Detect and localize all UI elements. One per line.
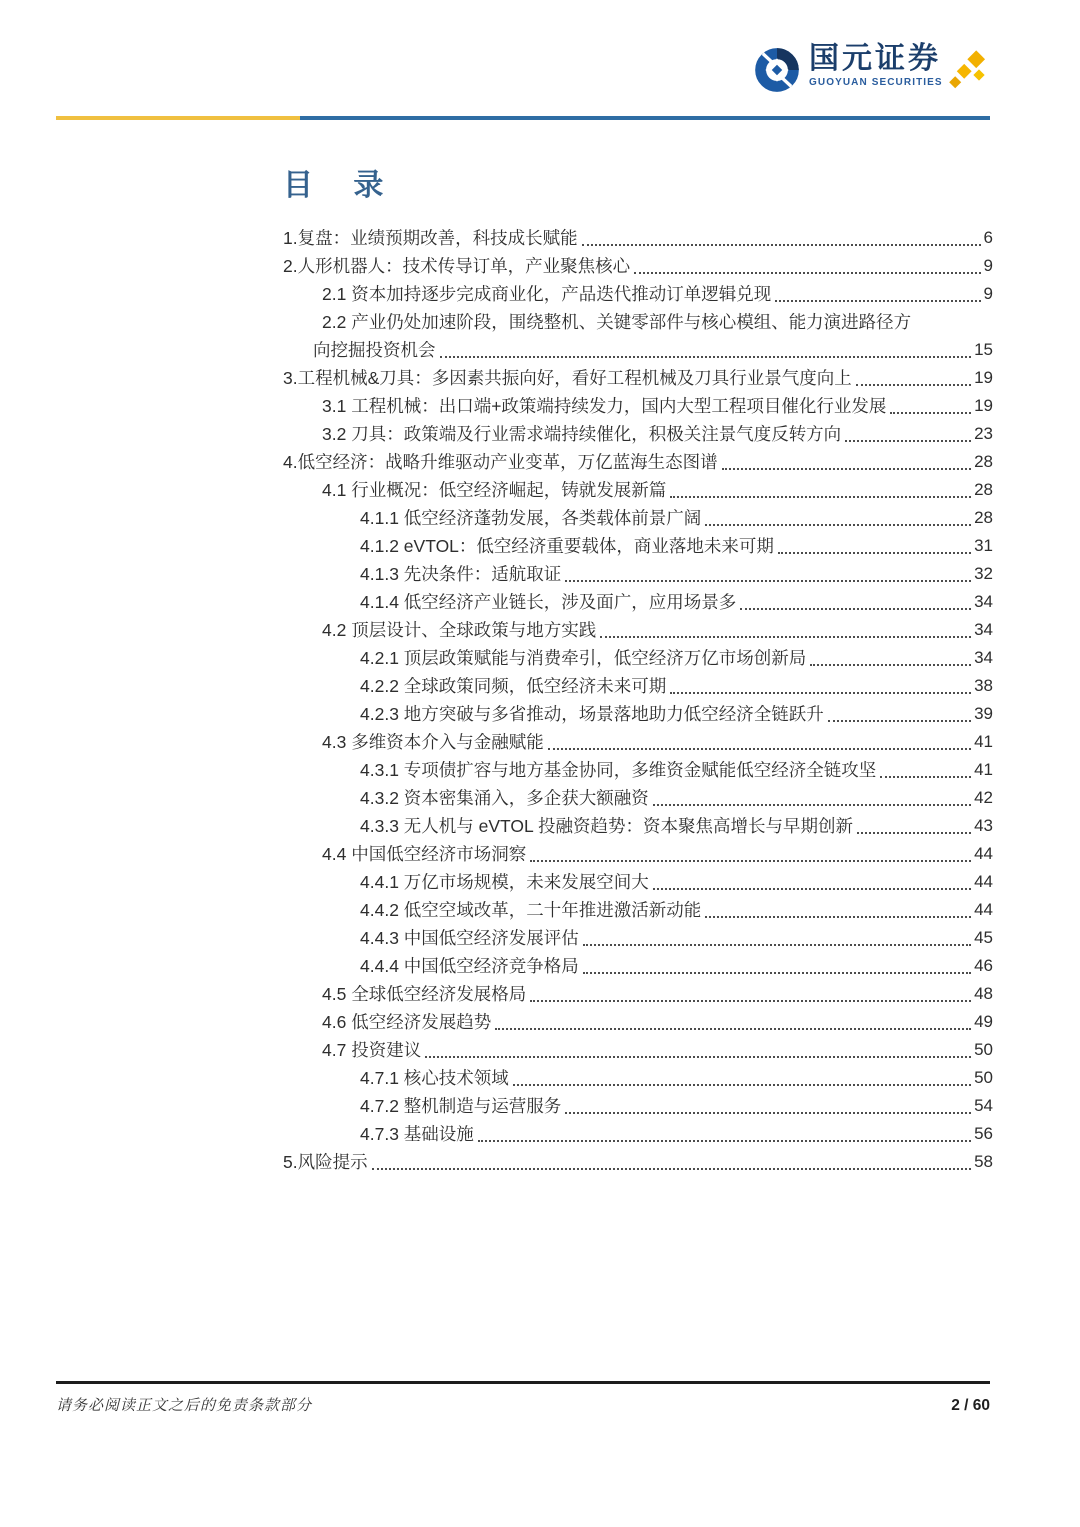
- toc-entry[interactable]: 4.4.1 万亿市场规模，未来发展空间大44: [283, 868, 993, 896]
- toc-entry-text: 3.1 工程机械：出口端+政策端持续发力，国内大型工程项目催化行业发展: [322, 392, 886, 420]
- brand-emblem-icon: [753, 46, 801, 94]
- toc-entry[interactable]: 4.3.2 资本密集涌入，多企获大额融资42: [283, 784, 993, 812]
- toc-entry-text: 4.7.1 核心技术领域: [360, 1064, 509, 1092]
- toc-entry-text: 4.2.2 全球政策同频，低空经济未来可期: [360, 672, 666, 700]
- toc-entry-text: 5.风险提示: [283, 1148, 368, 1176]
- toc-entry[interactable]: 4.7 投资建议50: [283, 1036, 993, 1064]
- toc-page-number: 54: [974, 1092, 993, 1120]
- toc-page-number: 31: [974, 532, 993, 560]
- brand-name-en: GUOYUAN SECURITIES: [809, 77, 943, 88]
- toc-dot-leader: [583, 944, 971, 946]
- toc-dot-leader: [670, 692, 971, 694]
- toc-entry-text: 1.复盘：业绩预期改善，科技成长赋能: [283, 224, 578, 252]
- toc-dot-leader: [653, 804, 971, 806]
- toc-entry-text: 2.人形机器人：技术传导订单，产业聚焦核心: [283, 252, 630, 280]
- toc-page-number: 48: [974, 980, 993, 1008]
- toc-dot-leader: [810, 664, 971, 666]
- toc-page-number: 50: [974, 1036, 993, 1064]
- toc-entry[interactable]: 3.1 工程机械：出口端+政策端持续发力，国内大型工程项目催化行业发展19: [283, 392, 993, 420]
- toc-dot-leader: [425, 1056, 971, 1058]
- toc-page-number: 9: [984, 280, 993, 308]
- header-rule-yellow-segment: [56, 116, 300, 120]
- toc-entry[interactable]: 4.7.2 整机制造与运营服务54: [283, 1092, 993, 1120]
- brand-name-cn: 国元证券: [809, 42, 943, 75]
- toc-entry-text: 4.4.3 中国低空经济发展评估: [360, 924, 579, 952]
- toc-dot-leader: [890, 412, 971, 414]
- toc-entry-text: 2.2 产业仍处加速阶段，围绕整机、关键零部件与核心模组、能力演进路径方: [322, 308, 911, 336]
- toc-entry[interactable]: 1.复盘：业绩预期改善，科技成长赋能6: [283, 224, 993, 252]
- toc-page-number: 49: [974, 1008, 993, 1036]
- toc-entry-text: 4.7.2 整机制造与运营服务: [360, 1092, 561, 1120]
- table-of-contents: 目 录 1.复盘：业绩预期改善，科技成长赋能62.人形机器人：技术传导订单，产业…: [283, 160, 993, 1176]
- toc-entry-text: 4.7.3 基础设施: [360, 1120, 474, 1148]
- toc-entry-text: 3.工程机械&刀具：多因素共振向好，看好工程机械及刀具行业景气度向上: [283, 364, 852, 392]
- toc-entry[interactable]: 4.1.3 先决条件：适航取证32: [283, 560, 993, 588]
- toc-entry-text: 4.5 全球低空经济发展格局: [322, 980, 526, 1008]
- toc-entry-line2[interactable]: 向挖掘投资机会15: [283, 336, 993, 364]
- toc-entry-text: 4.低空经济：战略升维驱动产业变革，万亿蓝海生态图谱: [283, 448, 718, 476]
- toc-entry[interactable]: 4.2.2 全球政策同频，低空经济未来可期38: [283, 672, 993, 700]
- toc-dot-leader: [705, 916, 971, 918]
- toc-entry-text: 4.4.4 中国低空经济竞争格局: [360, 952, 579, 980]
- toc-entry[interactable]: 4.7.1 核心技术领域50: [283, 1064, 993, 1092]
- toc-dot-leader: [530, 1000, 971, 1002]
- toc-entry[interactable]: 4.3.3 无人机与 eVTOL 投融资趋势：资本聚焦高增长与早期创新43: [283, 812, 993, 840]
- toc-entry[interactable]: 2.1 资本加持逐步完成商业化，产品迭代推动订单逻辑兑现9: [283, 280, 993, 308]
- report-toc-page: 国元证券 GUOYUAN SECURITIES 目 录 1.复盘：业绩预期改善，…: [0, 0, 1080, 1527]
- toc-entry-text: 4.3.2 资本密集涌入，多企获大额融资: [360, 784, 649, 812]
- toc-page-number: 28: [974, 476, 993, 504]
- toc-entry-text: 4.2.1 顶层政策赋能与消费牵引，低空经济万亿市场创新局: [360, 644, 806, 672]
- toc-entry[interactable]: 4.6 低空经济发展趋势49: [283, 1008, 993, 1036]
- toc-entry-text: 向挖掘投资机会: [313, 336, 436, 364]
- toc-entry[interactable]: 4.1.1 低空经济蓬勃发展，各类载体前景广阔28: [283, 504, 993, 532]
- toc-page-number: 56: [974, 1120, 993, 1148]
- toc-entry[interactable]: 4.2 顶层设计、全球政策与地方实践34: [283, 616, 993, 644]
- toc-page-number: 43: [974, 812, 993, 840]
- toc-dot-leader: [778, 552, 971, 554]
- toc-entry-text: 4.4 中国低空经济市场洞察: [322, 840, 526, 868]
- brand-logo: 国元证券 GUOYUAN SECURITIES: [753, 42, 989, 94]
- toc-entry-text: 4.7 投资建议: [322, 1036, 421, 1064]
- toc-entry[interactable]: 4.4.3 中国低空经济发展评估45: [283, 924, 993, 952]
- toc-entry[interactable]: 4.低空经济：战略升维驱动产业变革，万亿蓝海生态图谱28: [283, 448, 993, 476]
- toc-page-number: 50: [974, 1064, 993, 1092]
- toc-entry[interactable]: 4.7.3 基础设施56: [283, 1120, 993, 1148]
- toc-page-number: 19: [974, 364, 993, 392]
- toc-page-number: 28: [974, 504, 993, 532]
- toc-page-number: 41: [974, 728, 993, 756]
- toc-entry[interactable]: 4.2.3 地方突破与多省推动，场景落地助力低空经济全链跃升39: [283, 700, 993, 728]
- toc-entry-text: 4.3.3 无人机与 eVTOL 投融资趋势：资本聚焦高增长与早期创新: [360, 812, 853, 840]
- toc-page-number: 6: [984, 224, 993, 252]
- toc-page-number: 42: [974, 784, 993, 812]
- toc-entry[interactable]: 3.2 刀具：政策端及行业需求端持续催化，积极关注景气度反转方向23: [283, 420, 993, 448]
- toc-page-number: 23: [974, 420, 993, 448]
- toc-dot-leader: [583, 972, 971, 974]
- toc-dot-leader: [845, 440, 971, 442]
- toc-dot-leader: [634, 272, 980, 274]
- toc-entry-text: 2.1 资本加持逐步完成商业化，产品迭代推动订单逻辑兑现: [322, 280, 771, 308]
- toc-entry-text: 4.2.3 地方突破与多省推动，场景落地助力低空经济全链跃升: [360, 700, 824, 728]
- toc-entry-line1[interactable]: 2.2 产业仍处加速阶段，围绕整机、关键零部件与核心模组、能力演进路径方: [283, 308, 993, 336]
- toc-dot-leader: [775, 300, 980, 302]
- toc-dot-leader: [857, 832, 971, 834]
- toc-dot-leader: [478, 1140, 971, 1142]
- toc-entry-text: 4.6 低空经济发展趋势: [322, 1008, 491, 1036]
- toc-dot-leader: [530, 860, 971, 862]
- footer: 请务必阅读正文之后的免责条款部分 2 / 60: [56, 1394, 990, 1415]
- toc-page-number: 39: [974, 700, 993, 728]
- toc-dot-leader: [722, 468, 971, 470]
- toc-dot-leader: [513, 1084, 971, 1086]
- toc-page-number: 45: [974, 924, 993, 952]
- toc-dot-leader: [653, 888, 971, 890]
- toc-entry[interactable]: 5.风险提示58: [283, 1148, 993, 1176]
- toc-page-number: 34: [974, 616, 993, 644]
- toc-page-number: 44: [974, 840, 993, 868]
- toc-dot-leader: [372, 1168, 971, 1170]
- toc-entry[interactable]: 4.1.4 低空经济产业链长，涉及面广，应用场景多34: [283, 588, 993, 616]
- toc-title: 目 录: [283, 160, 993, 204]
- toc-dot-leader: [582, 244, 981, 246]
- toc-page-number: 44: [974, 896, 993, 924]
- toc-page-number: 44: [974, 868, 993, 896]
- toc-entry-text: 4.2 顶层设计、全球政策与地方实践: [322, 616, 596, 644]
- toc-page-number: 34: [974, 588, 993, 616]
- toc-entry-text: 3.2 刀具：政策端及行业需求端持续催化，积极关注景气度反转方向: [322, 420, 841, 448]
- toc-page-number: 19: [974, 392, 993, 420]
- toc-dot-leader: [440, 356, 972, 358]
- toc-entry-text: 4.3 多维资本介入与金融赋能: [322, 728, 544, 756]
- toc-page-number: 9: [984, 252, 993, 280]
- footer-rule: [56, 1381, 990, 1384]
- toc-entry[interactable]: 4.4.2 低空空域改革，二十年推进激活新动能44: [283, 896, 993, 924]
- toc-dot-leader: [565, 580, 971, 582]
- toc-entry[interactable]: 4.4 中国低空经济市场洞察44: [283, 840, 993, 868]
- toc-page-number: 32: [974, 560, 993, 588]
- toc-dot-leader: [495, 1028, 971, 1030]
- toc-dot-leader: [548, 748, 971, 750]
- toc-list: 1.复盘：业绩预期改善，科技成长赋能62.人形机器人：技术传导订单，产业聚焦核心…: [283, 224, 993, 1176]
- toc-dot-leader: [600, 636, 971, 638]
- brand-diamonds-icon: [949, 50, 989, 94]
- toc-dot-leader: [880, 776, 971, 778]
- header-rule: [56, 116, 990, 120]
- toc-entry[interactable]: 4.4.4 中国低空经济竞争格局46: [283, 952, 993, 980]
- toc-entry[interactable]: 4.3 多维资本介入与金融赋能41: [283, 728, 993, 756]
- toc-entry-text: 4.1.4 低空经济产业链长，涉及面广，应用场景多: [360, 588, 736, 616]
- toc-dot-leader: [856, 384, 971, 386]
- toc-entry-text: 4.1.1 低空经济蓬勃发展，各类载体前景广阔: [360, 504, 701, 532]
- toc-entry[interactable]: 3.工程机械&刀具：多因素共振向好，看好工程机械及刀具行业景气度向上19: [283, 364, 993, 392]
- toc-entry-text: 4.4.2 低空空域改革，二十年推进激活新动能: [360, 896, 701, 924]
- toc-entry[interactable]: 4.2.1 顶层政策赋能与消费牵引，低空经济万亿市场创新局34: [283, 644, 993, 672]
- toc-dot-leader: [740, 608, 971, 610]
- toc-page-number: 15: [974, 336, 993, 364]
- toc-page-number: 58: [974, 1148, 993, 1176]
- footer-page-indicator: 2 / 60: [951, 1397, 990, 1415]
- toc-entry[interactable]: 4.3.1 专项债扩容与地方基金协同，多维资金赋能低空经济全链攻坚41: [283, 756, 993, 784]
- toc-entry[interactable]: 2.人形机器人：技术传导订单，产业聚焦核心9: [283, 252, 993, 280]
- toc-dot-leader: [828, 720, 971, 722]
- header-rule-blue-segment: [300, 116, 990, 120]
- toc-entry[interactable]: 4.5 全球低空经济发展格局48: [283, 980, 993, 1008]
- toc-page-number: 28: [974, 448, 993, 476]
- toc-page-number: 46: [974, 952, 993, 980]
- toc-entry-text: 4.1.2 eVTOL：低空经济重要载体，商业落地未来可期: [360, 532, 774, 560]
- toc-entry-text: 4.1.3 先决条件：适航取证: [360, 560, 561, 588]
- toc-entry-text: 4.1 行业概况：低空经济崛起，铸就发展新篇: [322, 476, 666, 504]
- toc-page-number: 34: [974, 644, 993, 672]
- toc-page-number: 38: [974, 672, 993, 700]
- footer-disclaimer: 请务必阅读正文之后的免责条款部分: [56, 1394, 312, 1415]
- toc-entry-text: 4.4.1 万亿市场规模，未来发展空间大: [360, 868, 649, 896]
- toc-dot-leader: [670, 496, 971, 498]
- toc-page-number: 41: [974, 756, 993, 784]
- toc-dot-leader: [565, 1112, 971, 1114]
- toc-entry-text: 4.3.1 专项债扩容与地方基金协同，多维资金赋能低空经济全链攻坚: [360, 756, 876, 784]
- toc-entry[interactable]: 4.1 行业概况：低空经济崛起，铸就发展新篇28: [283, 476, 993, 504]
- toc-dot-leader: [705, 524, 971, 526]
- toc-entry[interactable]: 4.1.2 eVTOL：低空经济重要载体，商业落地未来可期31: [283, 532, 993, 560]
